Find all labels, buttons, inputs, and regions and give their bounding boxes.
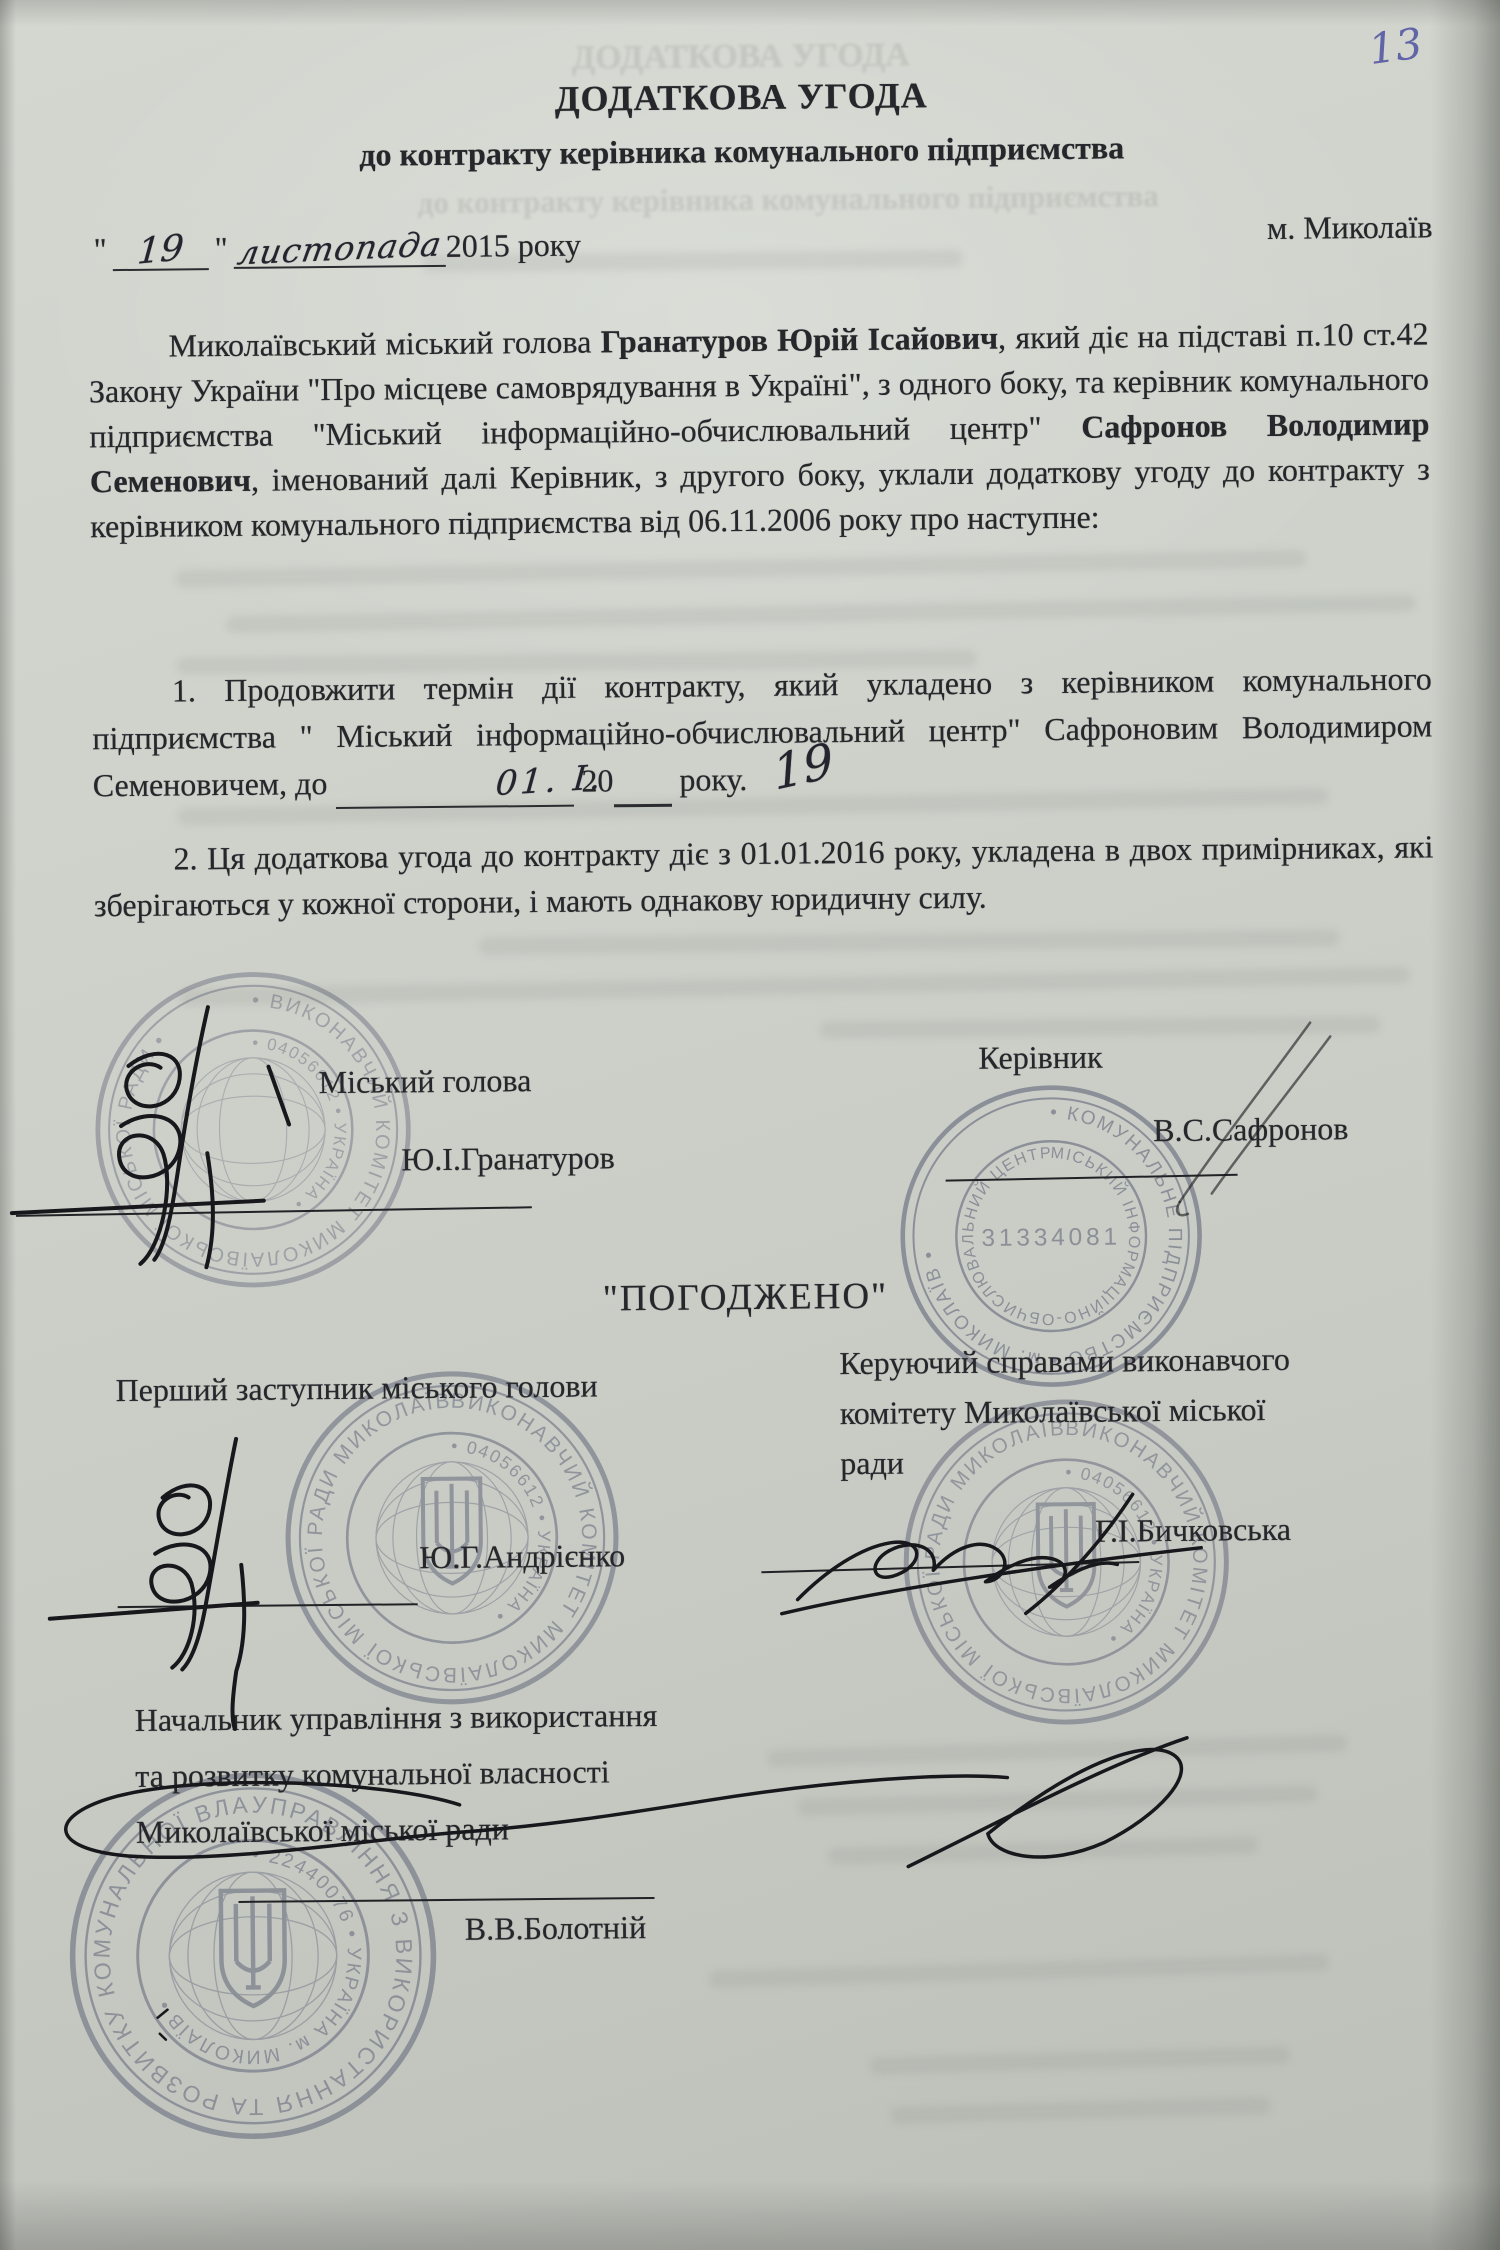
mayor-title-label: Міський голова [318, 1062, 531, 1101]
scanned-document-page: ДОДАТКОВА УГОДА до контракту керівника к… [0, 0, 1500, 2250]
bleed-through-smudge [797, 1785, 1317, 1816]
affairs-manager-name: Г.І.Бичковська [1095, 1511, 1291, 1550]
open-quote: " [93, 231, 106, 268]
document-subtitle: до контракту керівника комунального підп… [0, 126, 1492, 177]
bleed-through-smudge [820, 1016, 1380, 1038]
kerivnyk-title-label: Керівник [978, 1039, 1102, 1077]
affairs-manager-title-line2: комітету Миколаївської міської [840, 1391, 1266, 1432]
handwritten-date-value: 01. І. [413, 755, 605, 814]
bleed-through-smudge [176, 550, 1306, 588]
first-deputy-title-label: Перший заступник міського голови [115, 1367, 597, 1409]
bleed-through-smudge [890, 2097, 1270, 2124]
photo-edge-shadow [0, 2180, 1500, 2250]
bleed-through-smudge [709, 1954, 1329, 1988]
handwritten-day: 19 [136, 227, 186, 272]
date-line: " 19 " листопада 2015 року м. Миколаїв [87, 215, 1432, 271]
preamble-text: , іменований далі Керівник, з другого бо… [90, 450, 1430, 544]
handwritten-page-number: 13 [1366, 18, 1425, 74]
round-stamp-executive-committee: • ВИКОНАВЧИЙ КОМІТЕТ МИКОЛАЇВСЬКОЇ МІСЬК… [92, 968, 415, 1291]
property-head-title-line1: Начальник управління з використання [135, 1697, 658, 1739]
bleed-through-smudge [870, 2046, 1290, 2074]
affairs-manager-title-line3: ради [840, 1445, 904, 1483]
handwritten-month: листопада [235, 224, 445, 272]
property-head-title-line3: Миколаївської міської ради [136, 1810, 509, 1851]
preamble-paragraph: Миколаївський міський голова Гранатуров … [88, 311, 1430, 549]
svg-text:31334081: 31334081 [981, 1224, 1121, 1252]
mayor-name-bold: Гранатуров Юрій Ісайович [600, 320, 998, 360]
agreed-label: "ПОГОДЖЕНО" [603, 1275, 889, 1321]
bleed-through-smudge [767, 1734, 1347, 1767]
handwritten-year-value: 19 [694, 751, 834, 802]
bleed-through-smudge [828, 1836, 1258, 1865]
year-blank: 19 [613, 757, 671, 808]
city-label: м. Миколаїв [1267, 208, 1433, 247]
preamble-text: Миколаївський міський голова [168, 323, 600, 363]
svg-text:• 22440076 • УКРАЇНА м. МИКОЛА: • 22440076 • УКРАЇНА м. МИКОЛАЇВ • [151, 1843, 366, 2069]
clause-2: 2. Ця додаткова угода до контракту діє з… [93, 823, 1434, 928]
clause-1: 1. Продовжити термін дії контракту, який… [92, 655, 1433, 812]
property-head-name: В.В.Болотній [465, 1909, 647, 1948]
year-text: 2015 року [446, 227, 581, 265]
bleed-through-smudge [479, 929, 1339, 954]
photo-page-edge-shadow [1430, 0, 1500, 2250]
photo-edge-shadow [0, 0, 16, 2250]
day-blank: 19 [113, 227, 209, 271]
bleed-through-smudge [226, 594, 1416, 633]
affairs-manager-title-line1: Керуючий справами виконавчого [839, 1341, 1290, 1382]
property-head-title-line2: та розвитку комунальної власності [135, 1753, 610, 1795]
mayor-name: Ю.І.Гранатуров [401, 1139, 615, 1178]
photo-edge-shadow [0, 0, 1500, 26]
date-blank: 01. І. [335, 758, 573, 809]
month-blank: листопада [234, 226, 446, 269]
kerivnyk-name: В.С.Сафронов [1153, 1110, 1349, 1149]
first-deputy-name: Ю.Г.Андрієнко [419, 1537, 625, 1576]
close-quote: " [215, 230, 228, 267]
signature-andriienko [48, 1439, 259, 1731]
